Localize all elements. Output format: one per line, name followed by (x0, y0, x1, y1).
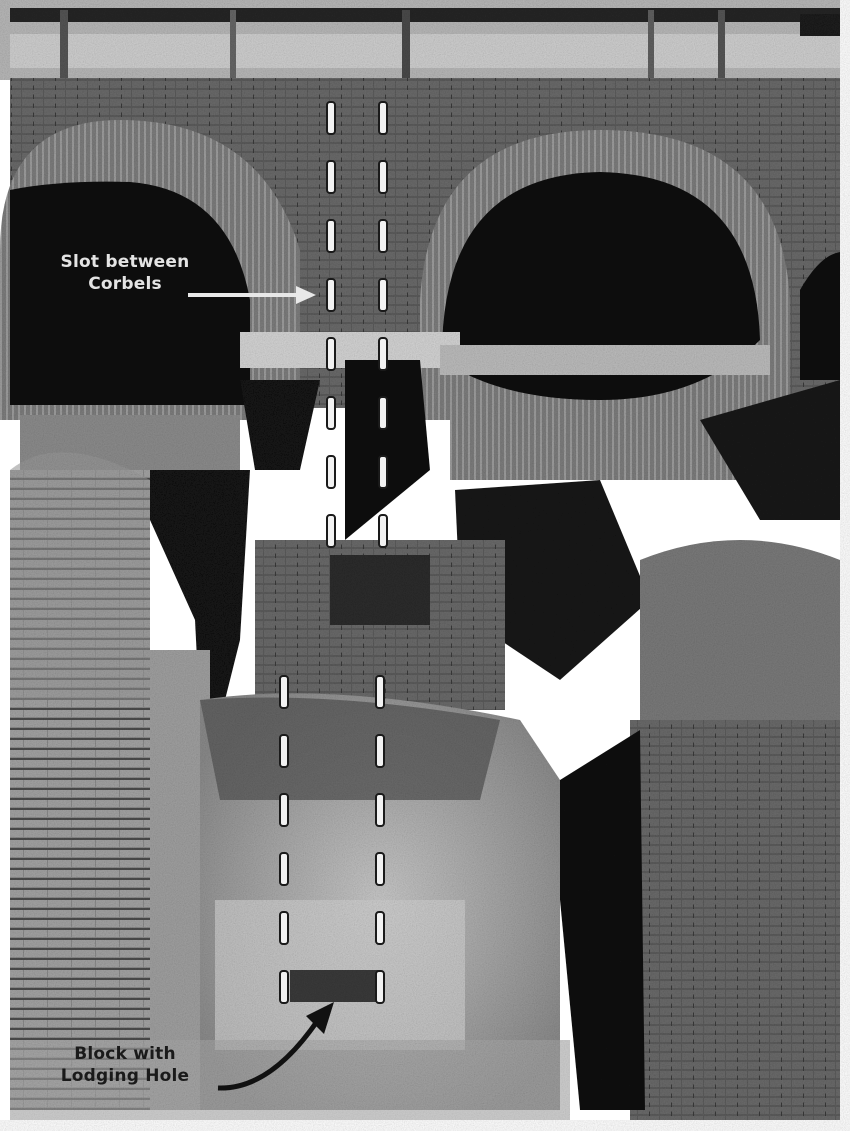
annotation-block-with-lodging-hole: Block with Lodging Hole (30, 1043, 220, 1087)
annotation-line: Lodging Hole (30, 1065, 220, 1087)
dash-marker (327, 397, 335, 429)
dash-marker (376, 853, 384, 885)
dash-marker (379, 279, 387, 311)
annotation-slot-between-corbels: Slot between Corbels (40, 251, 210, 295)
dash-marker (379, 338, 387, 370)
dash-marker (376, 676, 384, 708)
dash-marker (280, 676, 288, 708)
annotation-line: Corbels (40, 273, 210, 295)
dash-marker (280, 971, 288, 1003)
dash-marker (376, 912, 384, 944)
annotation-line: Slot between (40, 251, 210, 273)
dash-marker (379, 102, 387, 134)
dash-marker (376, 794, 384, 826)
dash-marker (379, 397, 387, 429)
annotation-line: Block with (30, 1043, 220, 1065)
dash-marker (280, 735, 288, 767)
dash-marker (327, 515, 335, 547)
dash-marker (327, 220, 335, 252)
dash-marker (280, 794, 288, 826)
dash-marker (379, 515, 387, 547)
dash-marker (376, 971, 384, 1003)
dash-marker (376, 735, 384, 767)
dash-marker (379, 456, 387, 488)
dash-marker (280, 853, 288, 885)
masonry-photograph (0, 0, 850, 1131)
dash-marker (280, 912, 288, 944)
dash-marker (327, 102, 335, 134)
dash-marker (379, 161, 387, 193)
dash-marker (327, 338, 335, 370)
dash-marker (379, 220, 387, 252)
dash-marker (327, 279, 335, 311)
dash-marker (327, 161, 335, 193)
dash-marker (327, 456, 335, 488)
